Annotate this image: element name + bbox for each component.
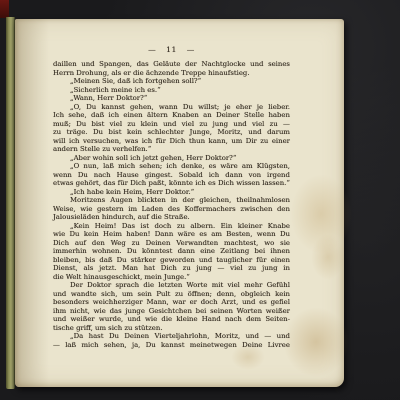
text-line: „Wann, Herr Doktor?“	[53, 94, 290, 103]
foxing-stain	[283, 307, 349, 377]
text-line: DichaufdenWegzuDeinenVerwandtenmachtest,…	[53, 239, 290, 248]
page-text: daillenundSpangen,dasGeläutederNachtgloc…	[53, 60, 290, 349]
text-line: muß;Dubistvielzukleinundvielzujungundvie…	[53, 120, 290, 129]
text-line: —laßmichsehen,ja,DukannstmeinetwegenDein…	[53, 341, 290, 350]
text-line: besondersweichherzigerMann,warerdochArzt…	[53, 298, 290, 307]
text-line: MoritzensAugenblicktenindergleichen,thei…	[53, 196, 290, 205]
text-line: DerDoktorsprachdieletztenWortemitvielmeh…	[53, 281, 290, 290]
text-line: „Sicherlich meine ich es.“	[53, 86, 290, 95]
gutter-shadow	[15, 19, 55, 387]
text-line: „O,Dukannstgehen,wannDuwillst;jeeherjeli…	[53, 103, 290, 112]
text-line: „DahastDuDeinenVierteljahrlohn,Moritz,un…	[53, 332, 290, 341]
foxing-stain	[290, 174, 352, 254]
book-cover-red-edge	[0, 0, 9, 18]
text-line: willichversuchen,wasichfürDichthunkann,u…	[53, 137, 290, 146]
photo-background: — 11 — daillenundSpangen,dasGeläutederNa…	[0, 0, 400, 400]
book-page: — 11 — daillenundSpangen,dasGeläutederNa…	[15, 19, 344, 387]
foxing-stain	[311, 234, 345, 280]
text-line: immerhinwohnen.DukönntestdanneineZeitlan…	[53, 247, 290, 256]
page-number: — 11 —	[53, 45, 290, 54]
text-line: andern Stelle zu verhelfen.“	[53, 145, 290, 154]
text-line: bleiben,bisdaßDustärkergewordenundtaugli…	[53, 256, 290, 265]
text-line: „Ich habe kein Heim, Herr Doktor.“	[53, 188, 290, 197]
text-line: Ichsehe,daßicheinenälternKnabenanDeinerS…	[53, 111, 290, 120]
text-line: „Aber wohin soll ich jetzt gehen, Herr D…	[53, 154, 290, 163]
text-line: undwandtesich,umseinPultzuöffnen;denn,ob…	[53, 290, 290, 299]
text-line: die Welt hinausgeschickt, mein Junge.“	[53, 273, 290, 282]
text-line: tische griff, um sich zu stützen.	[53, 324, 290, 333]
book-cover-green-edge	[6, 17, 15, 389]
text-line: ihmnicht,wiedasjungeGesichtchenbeiseinen…	[53, 307, 290, 316]
text-line: etwasgehört,dasfürDichpaßt,könnteichesDi…	[53, 179, 290, 188]
text-line: zuträge.DubistkeinschlechterJunge,Moritz…	[53, 128, 290, 137]
text-line: Jalousieläden hindurch, auf die Straße.	[53, 213, 290, 222]
text-line: daillenundSpangen,dasGeläutederNachtgloc…	[53, 60, 290, 69]
text-line: „KeinHeim!Dasistdochzualbern.EinkleinerK…	[53, 222, 290, 231]
text-line: Weise,wiegesternimLadendesKoffermachersz…	[53, 205, 290, 214]
text-line: Dienst,alsjetzt.ManhatDichzujung—vielzuj…	[53, 264, 290, 273]
text-line: undweißerwurde,undwiediekleineHandnachde…	[53, 315, 290, 324]
text-line: Herrn Drohung, als er die ächzende Trepp…	[53, 69, 290, 78]
text-line: „Onun,laßmichsehen;ichdenke,eswäreamKlüg…	[53, 162, 290, 171]
text-line: wieDukeinHeimhaben!DannwäreesamBesten,we…	[53, 230, 290, 239]
text-line: „Meinen Sie, daß ich fortgehen soll?“	[53, 77, 290, 86]
text-line: wennDunachHausegingest.Sobaldichdannvoni…	[53, 171, 290, 180]
